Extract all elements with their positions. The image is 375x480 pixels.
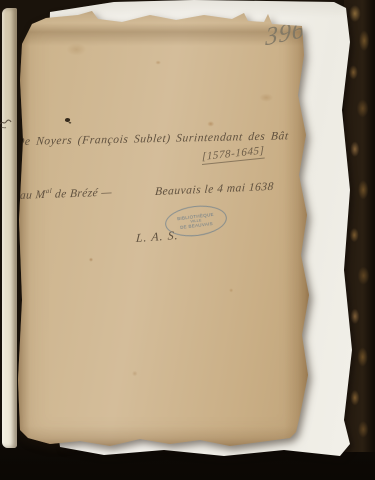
stamp-line-3: DE BEAUVAIS [180, 221, 213, 230]
dates-line: [1578-1645] [202, 144, 264, 165]
partial-writing-mark [0, 116, 12, 130]
recipient-rest: de Brézé — [51, 187, 112, 201]
place-date-line: Beauvais le 4 mai 1638 [155, 181, 275, 198]
page-number-pencil: 396 [265, 15, 306, 52]
scanned-manuscript-view: 396 De Noyers (François Sublet) Surinten… [0, 0, 375, 480]
manuscript-leaf: 396 De Noyers (François Sublet) Surinten… [18, 10, 310, 448]
recipient-line: au Mal de Brézé — [20, 185, 113, 202]
manuscript-page: 396 De Noyers (François Sublet) Surinten… [18, 10, 310, 448]
recipient-prefix: au M [20, 189, 46, 202]
format-note: L. A. S. [135, 228, 179, 246]
adjacent-page-edge [2, 8, 17, 448]
ink-blot [65, 117, 71, 122]
